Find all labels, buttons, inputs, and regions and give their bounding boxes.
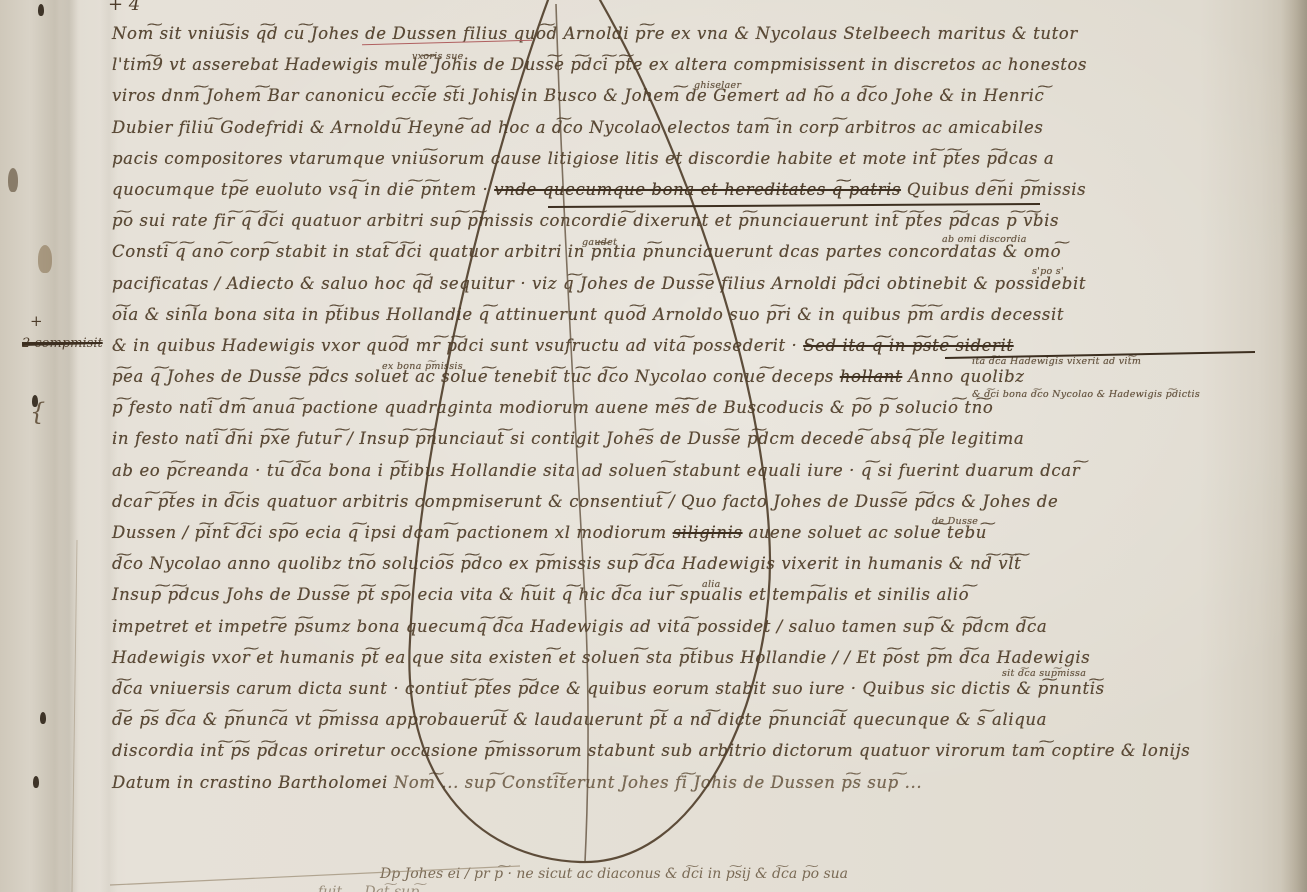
- margin-bracket: {: [30, 398, 45, 426]
- main-text: Nom͠ sit vniu͠sis q͠d cu͠ Johes de Dusse…: [112, 18, 1252, 798]
- text-line-21: Hadewigis vxor͠ et humanis p͠t ea que si…: [112, 642, 1252, 673]
- text-line-5: pacis compositores vtarumque vniu͠sorum …: [112, 143, 1252, 174]
- pin-hole: [33, 776, 39, 788]
- stain-mark: [38, 245, 52, 273]
- annex-line-2: ... fuit ... Dat͠ sup͠: [300, 884, 419, 892]
- margin-cross: +: [30, 312, 43, 330]
- text-line-14: in festo nati͠ d͠ni p͠x͠e futur͠ / Insup…: [112, 423, 1252, 454]
- text-line-11: & in quibus Hadewigis vxor quo͠d mr͠ p͠d…: [112, 330, 1252, 361]
- parchment-edge: [1281, 0, 1307, 892]
- interlinear-gloss: ab omi discordia: [942, 224, 1027, 255]
- text-line-3: viros dnm͠ Johem͠ Bar canonicu͠ ecc͠ie s…: [112, 80, 1252, 111]
- text-line-13: p͠ festo nati͠ dm͠ anua͠ pactione quadra…: [112, 392, 1252, 423]
- text-line-10: o͠ia & sin͠la bona sita in p͠tibus Holla…: [112, 299, 1252, 330]
- interlinear-gloss: vxoris sue: [412, 41, 464, 72]
- text-line-16: dcar͠ p͠tes in d͠cis quatuor arbitris co…: [112, 486, 1252, 517]
- text-line-20: impetret et impetr͠e p͠sumz bona quecumq…: [112, 611, 1252, 642]
- struck-text: vnde quecumque bona et hereditates q͠ pa…: [494, 180, 901, 199]
- annex-line-1: Dp Johes ei / pr p͠ · ne sicut ac diacon…: [380, 866, 848, 882]
- text-line-7: p͠o sui rate fir͠ q͠ d͠ci quatuor arbitr…: [112, 205, 1252, 236]
- interlinear-gloss: gaudet: [582, 227, 617, 258]
- text-line-25: Datum in crastino Bartholomei Nom͠ ... s…: [112, 767, 1252, 798]
- text-line-18: d͠co Nycolao anno quolibz tn͠o solucio͠s…: [112, 548, 1252, 579]
- text-line-12: p͠ea q͠ Johes de Duss͠e p͠dcs soluet ac …: [112, 361, 1252, 392]
- text-line-8: Consti͠ q͠ ano͠ corp͠ stabit in stat͠ d͠…: [112, 236, 1252, 267]
- text-line-4: Dubier filiu͠ Godefridi & Arnoldu͠ Heyne…: [112, 112, 1252, 143]
- struck-text: siliginis: [673, 523, 743, 542]
- text-line-24: discordia int͠ p͠s p͠dcas oriretur occas…: [112, 735, 1252, 766]
- top-mark: + 4: [108, 0, 140, 15]
- text-line-6: quocumque tp͠e euoluto vsq͠ in die͠ p͠nt…: [112, 174, 1252, 205]
- interlinear-gloss: ghiselaer: [694, 70, 741, 101]
- text-line-9: pacificatas / Adiecto & saluo hoc q͠d se…: [112, 268, 1252, 299]
- parchment-fold: [60, 0, 78, 892]
- struck-text: hollant: [840, 367, 902, 386]
- text-line-17: Dussen / p͠int͠ d͠ci sp͠o ecia q͠ ipsi d…: [112, 517, 1252, 548]
- text-line-2: l'tim͠9 vt asserebat Hadewigis mule͠ Joh…: [112, 49, 1252, 80]
- tear-mark: [8, 168, 18, 192]
- manuscript-page: + 4 + 2 compmisit { Nom͠ sit vniu͠sis q͠…: [0, 0, 1307, 892]
- text-line-15: ab eo p͠creanda · tu͠ d͠ca bona i p͠tibu…: [112, 455, 1252, 486]
- text-line-19: Insup͠ p͠dcus Johs de Duss͠e p͠t sp͠o ec…: [112, 579, 1252, 610]
- pin-hole: [40, 712, 46, 724]
- margin-note-struck: 2 compmisit: [22, 336, 103, 351]
- interlinear-gloss: alia: [702, 569, 721, 600]
- text-line-23: d͠e p͠s d͠ca & p͠nunc͠a vt p͠missa appro…: [112, 704, 1252, 735]
- text-line-22: d͠ca vniuersis carum dicta sunt · contiu…: [112, 673, 1252, 704]
- text-line-1: Nom͠ sit vniu͠sis q͠d cu͠ Johes de Dusse…: [112, 18, 1252, 49]
- pin-hole: [38, 4, 44, 16]
- interlinear-gloss: ex bona p͠missis: [382, 351, 463, 382]
